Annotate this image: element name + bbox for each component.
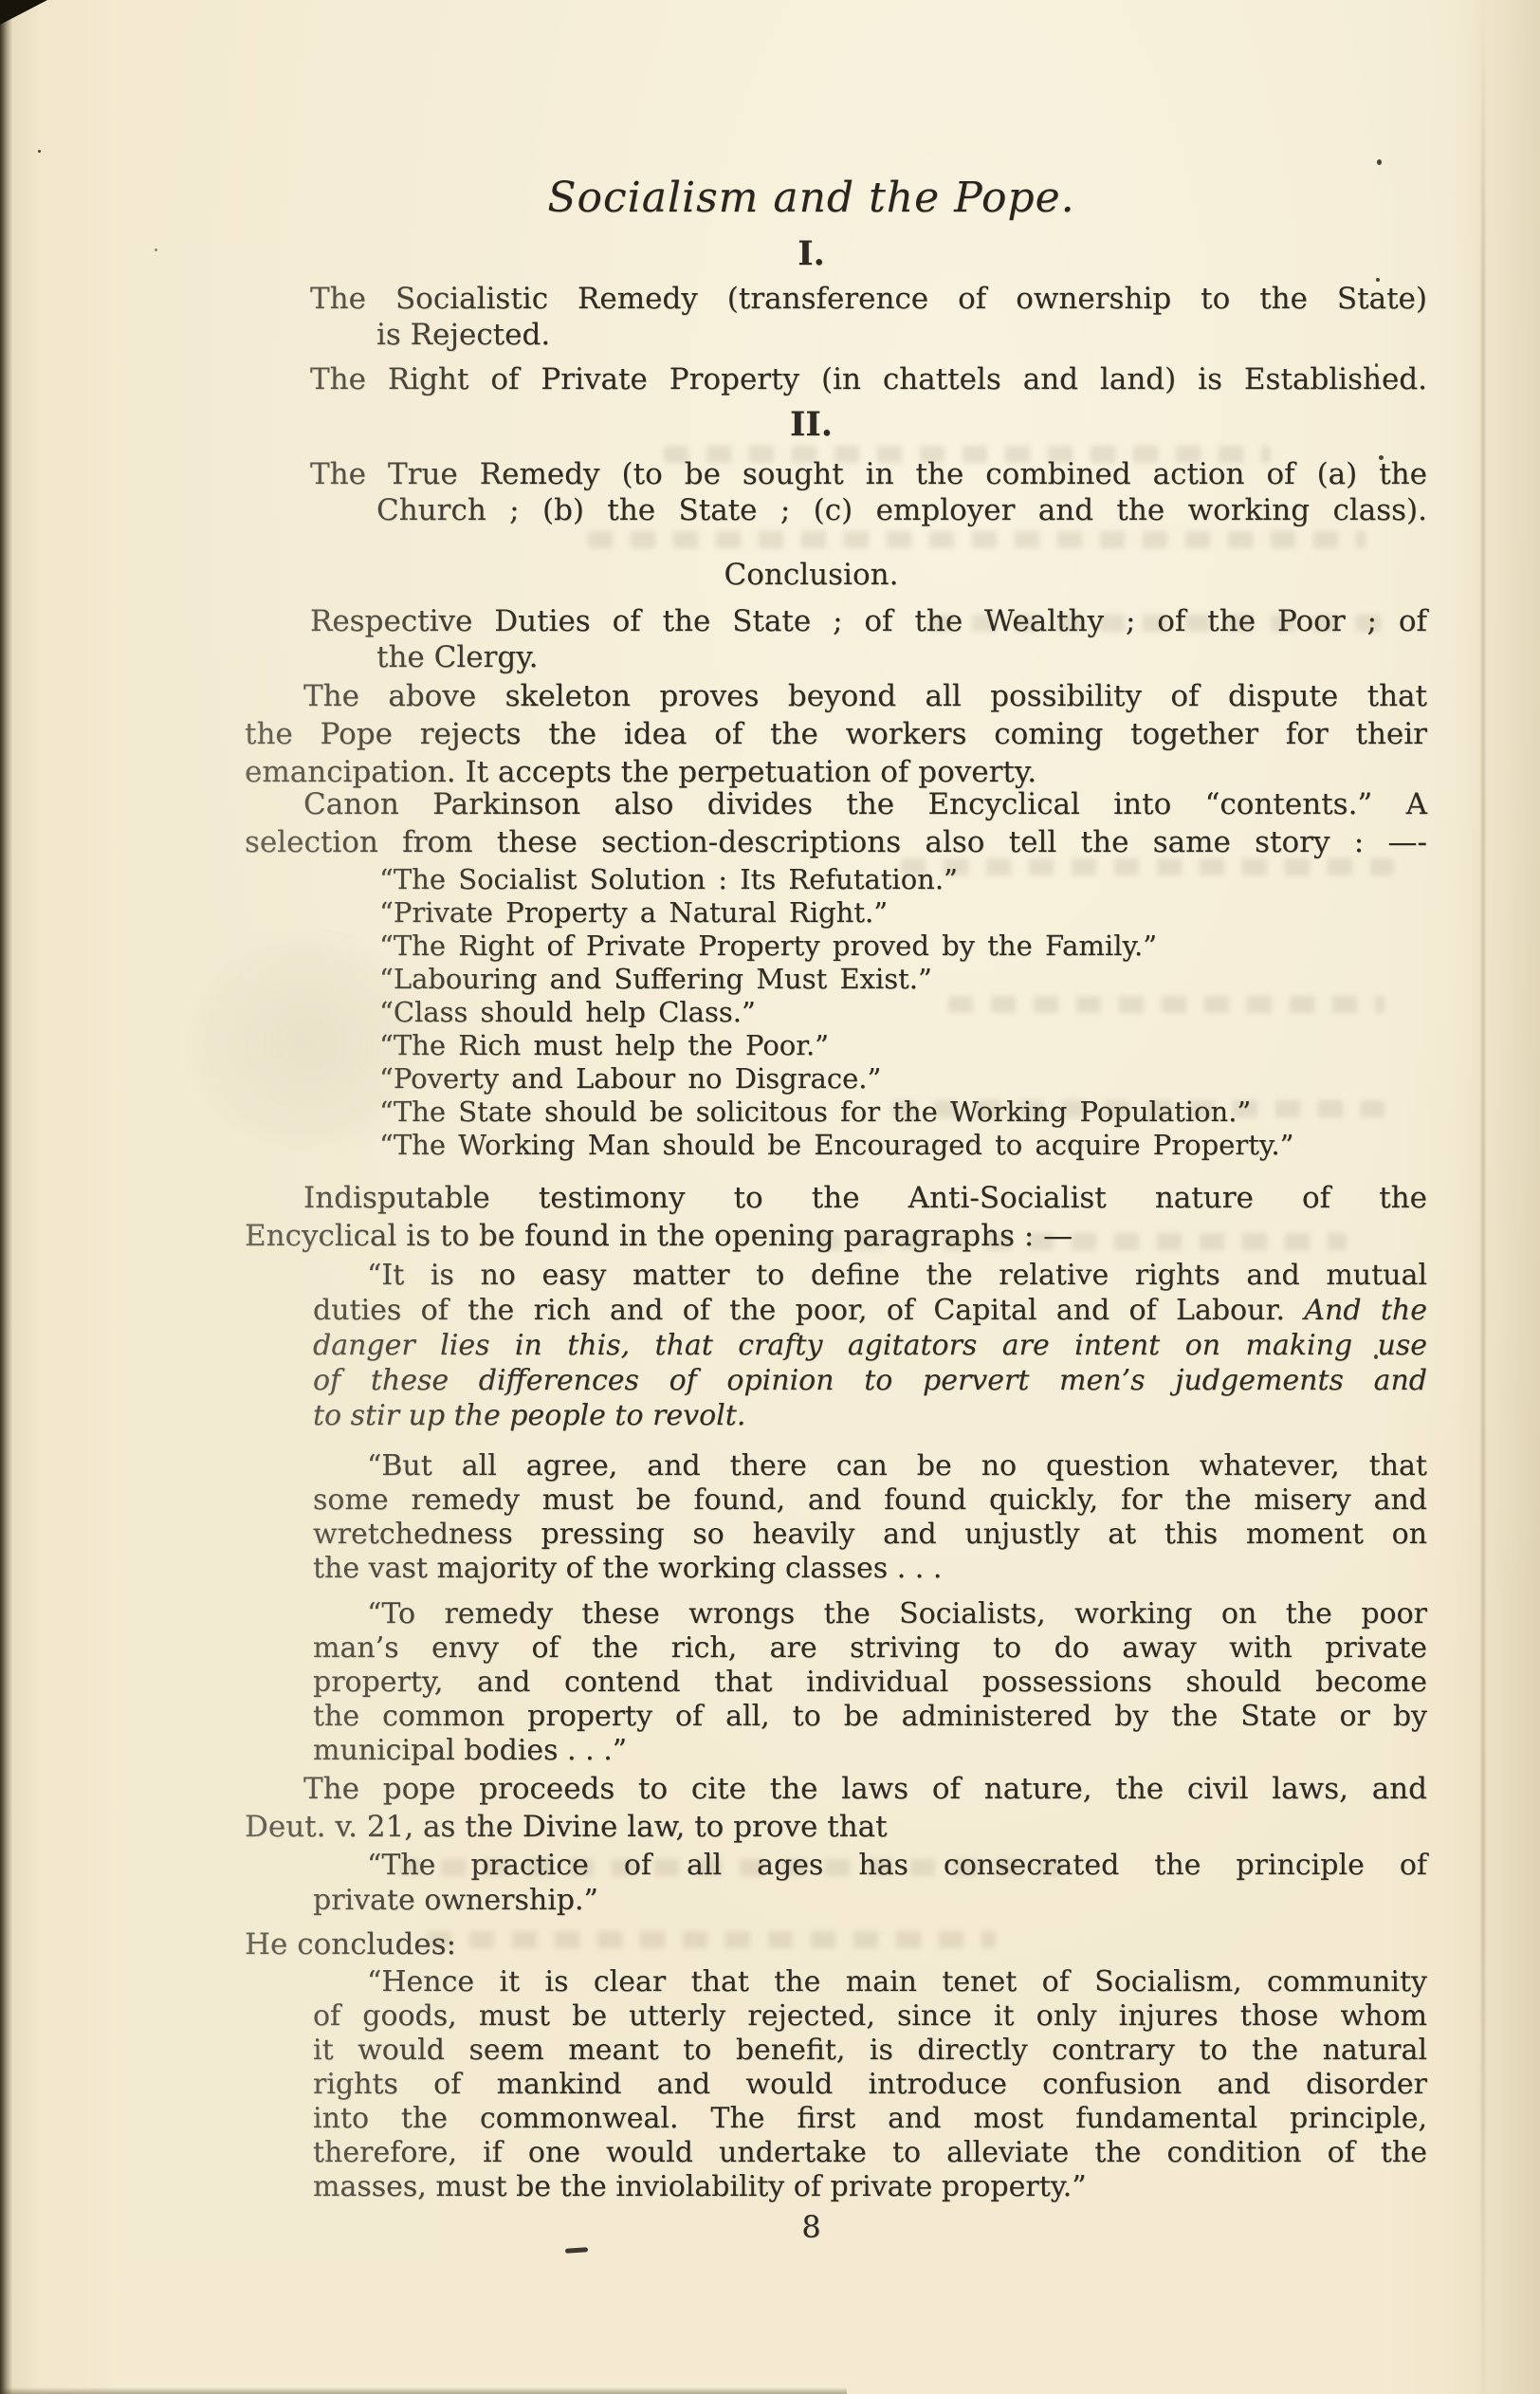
text-line: wretchedness pressing so heavily and unj…	[313, 1518, 1427, 1552]
text-line: it would seem meant to benefit, is direc…	[313, 2034, 1427, 2068]
text-line: to stir up the people to revolt.	[313, 1398, 1427, 1433]
text-line: Indisputable testimony to the Anti-Socia…	[245, 1179, 1427, 1217]
text-line: “It is no easy matter to define the rela…	[313, 1258, 1427, 1293]
text-line: the vast majority of the working classes…	[313, 1552, 1427, 1586]
ink-speck	[38, 150, 41, 153]
text-roman: duties of the rich and of the poor, of C…	[313, 1294, 1285, 1327]
text-line: property, and contend that individual po…	[313, 1666, 1427, 1700]
text-line: The pope proceeds to cite the laws of na…	[245, 1770, 1427, 1808]
text-line: Church ; (b) the State ; (c) employer an…	[310, 492, 1427, 528]
paragraph-indisputable-testimony: Indisputable testimony to the Anti-Socia…	[245, 1179, 1427, 1255]
page-number: 8	[220, 2210, 1402, 2244]
text-line: the Clergy.	[310, 639, 1427, 675]
text-line: The True Remedy (to be sought in the com…	[310, 456, 1427, 492]
outline-item-private-property: The Right of Private Property (in chatte…	[310, 361, 1427, 397]
text-line: into the commonweal. The first and most …	[313, 2102, 1427, 2136]
page-title: Socialism and the Pope.	[220, 172, 1402, 225]
text-line: the Pope rejects the idea of the workers…	[245, 715, 1427, 753]
book-spine-edge	[0, 0, 12, 2394]
contents-item: “Labouring and Suffering Must Exist.”	[379, 963, 1432, 996]
text-line: danger lies in this, that crafty agitato…	[313, 1328, 1427, 1363]
outline-item-respective-duties: Respective Duties of the State ; of the …	[310, 603, 1427, 675]
text-line: Encyclical is to be found in the opening…	[245, 1217, 1427, 1255]
page-corner-shadow	[0, 0, 47, 25]
blockquote-to-remedy: “To remedy these wrongs the Socialists, …	[313, 1597, 1427, 1768]
page-bottom-shadow	[0, 2387, 847, 2394]
blockquote-hence-it-is-clear: “Hence it is clear that the main tenet o…	[313, 1965, 1427, 2204]
text-line: man’s envy of the rich, are striving to …	[313, 1631, 1427, 1666]
showthrough-smudge	[588, 531, 1366, 548]
text-line: is Rejected.	[310, 317, 1427, 353]
text-line: “To remedy these wrongs the Socialists, …	[313, 1597, 1427, 1631]
ink-speck	[1377, 159, 1382, 165]
text-line: of goods, must be utterly rejected, sinc…	[313, 1999, 1427, 2034]
contents-item: “Private Property a Natural Right.”	[379, 896, 1432, 930]
text-line: municipal bodies . . .”	[313, 1734, 1427, 1768]
text-line: therefore, if one would undertake to all…	[313, 2136, 1427, 2170]
text-line: “Hence it is clear that the main tenet o…	[313, 1965, 1427, 1999]
text-line: selection from these section-description…	[245, 823, 1427, 861]
text-line: private ownership.”	[313, 1883, 1427, 1918]
paragraph-canon-parkinson: Canon Parkinson also divides the Encycli…	[245, 785, 1427, 861]
text-line: duties of the rich and of the poor, of C…	[313, 1293, 1427, 1328]
contents-item: “The State should be solicitous for the …	[379, 1096, 1432, 1129]
text-line: “But all agree, and there can be no ques…	[313, 1449, 1427, 1483]
blockquote-no-easy-matter: “It is no easy matter to define the rela…	[313, 1258, 1427, 1433]
blockquote-all-agree: “But all agree, and there can be no ques…	[313, 1449, 1427, 1586]
contents-item: “The Working Man should be Encouraged to…	[379, 1129, 1432, 1162]
contents-item: “The Rich must help the Poor.”	[379, 1029, 1432, 1062]
text-line: some remedy must be found, and found qui…	[313, 1483, 1427, 1518]
contents-item: “Poverty and Labour no Disgrace.”	[379, 1062, 1432, 1096]
text-line: The above skeleton proves beyond all pos…	[245, 677, 1427, 715]
contents-item: “Class should help Class.”	[379, 996, 1432, 1029]
text-line: “The practice of all ages has consecrate…	[313, 1848, 1427, 1883]
paragraph-skeleton: The above skeleton proves beyond all pos…	[245, 677, 1427, 791]
paragraph-pope-proceeds: The pope proceeds to cite the laws of na…	[245, 1770, 1427, 1846]
page-curl-crease	[1481, 0, 1485, 2394]
ink-speck	[155, 249, 157, 251]
paragraph-he-concludes: He concludes:	[245, 1925, 1427, 1963]
text-italic: And the	[1304, 1294, 1427, 1327]
outline-item-true-remedy: The True Remedy (to be sought in the com…	[310, 456, 1427, 528]
text-line: He concludes:	[245, 1925, 1427, 1963]
blockquote-practice-of-ages: “The practice of all ages has consecrate…	[313, 1848, 1427, 1918]
section-heading-II: II.	[220, 407, 1402, 443]
text-line: the common property of all, to be admini…	[313, 1700, 1427, 1734]
outline-item-socialistic-remedy: The Socialistic Remedy (transference of …	[310, 281, 1427, 353]
text-line: of these differences of opinion to perve…	[313, 1363, 1427, 1398]
section-heading-I: I.	[220, 236, 1402, 272]
text-line: Respective Duties of the State ; of the …	[310, 603, 1427, 639]
contents-item: “The Socialist Solution : Its Refutation…	[379, 863, 1432, 896]
section-heading-conclusion: Conclusion.	[220, 557, 1402, 593]
text-line: The Right of Private Property (in chatte…	[310, 361, 1427, 397]
text-line: Deut. v. 21, as the Divine law, to prove…	[245, 1808, 1427, 1846]
text-line: rights of mankind and would introduce co…	[313, 2068, 1427, 2102]
contents-quote-list: “The Socialist Solution : Its Refutation…	[379, 863, 1432, 1162]
text-line: The Socialistic Remedy (transference of …	[310, 281, 1427, 317]
text-line: Canon Parkinson also divides the Encycli…	[245, 785, 1427, 823]
contents-item: “The Right of Private Property proved by…	[379, 930, 1432, 963]
text-line: masses, must be the inviolability of pri…	[313, 2170, 1427, 2204]
scanned-book-page: Socialism and the Pope. I. The Socialist…	[0, 0, 1540, 2394]
stray-ink-mark	[565, 2247, 588, 2254]
